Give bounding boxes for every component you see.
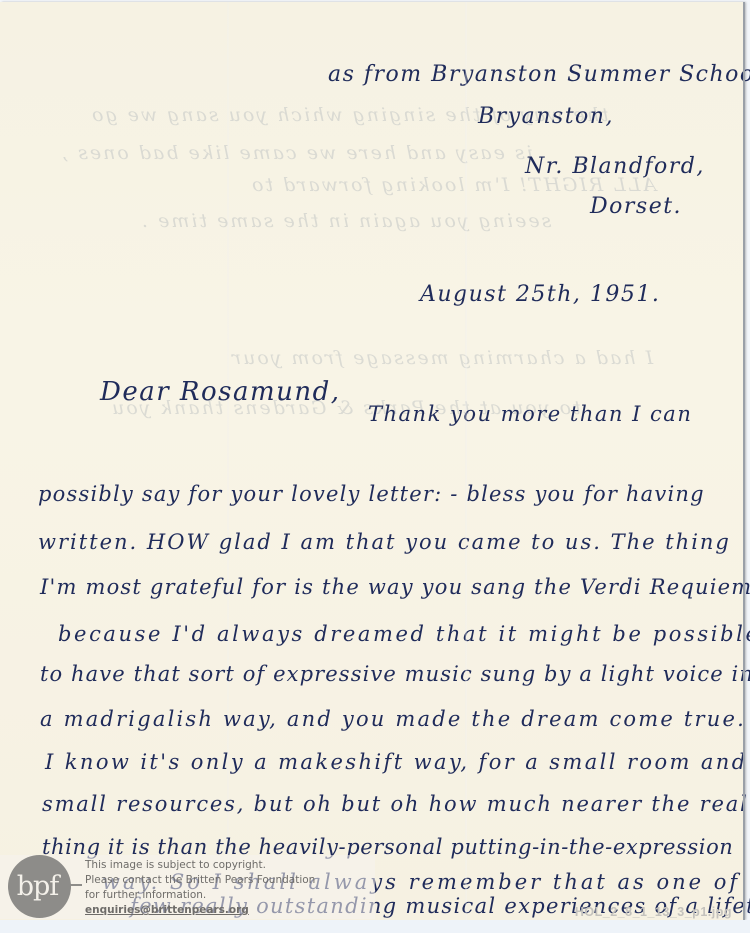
notice-line-3: for further information. xyxy=(85,888,315,903)
logo-dash xyxy=(70,884,82,886)
bleed-through-line: I had a charming message from your xyxy=(230,347,653,369)
address-line-4: Dorset. xyxy=(590,194,682,219)
body-line: because I'd always dreamed that it might… xyxy=(58,622,750,646)
body-line: Thank you more than I can xyxy=(368,402,692,426)
notice-line-1: This image is subject to copyright. xyxy=(85,858,315,873)
bpf-logo-text: bpf xyxy=(17,871,59,902)
letter-date: August 25th, 1951. xyxy=(420,282,660,307)
bottom-margin xyxy=(0,920,750,933)
bleed-through-line: seeing you again in the same time . xyxy=(140,210,551,232)
copyright-notice: This image is subject to copyright. Plea… xyxy=(85,858,315,918)
body-line: I know it's only a makeshift way, for a … xyxy=(45,750,748,774)
enquiries-email-link[interactable]: enquiries@brittenpears.org xyxy=(85,903,315,918)
body-line: a madrigalish way, and you made the drea… xyxy=(40,707,746,731)
image-filename: HOL_2_8_1_13_3_p1.jpg xyxy=(575,905,732,919)
bleed-through-line: is easy and here we came like bad ones , xyxy=(60,142,533,164)
letter-page: the way of the singing which you sang we… xyxy=(0,2,744,920)
body-line: small resources, but oh but oh how much … xyxy=(42,792,749,816)
notice-line-2: Please contact the Britten Pears Foundat… xyxy=(85,873,315,888)
body-line: I'm most grateful for is the way you san… xyxy=(40,575,750,599)
address-line-1: as from Bryanston Summer School of Music… xyxy=(328,62,750,87)
salutation: Dear Rosamund, xyxy=(100,377,341,407)
bpf-logo: bpf xyxy=(8,855,71,918)
address-line-2: Bryanston, xyxy=(478,104,614,129)
body-line: possibly say for your lovely letter: - b… xyxy=(38,482,705,506)
body-line: written. HOW glad I am that you came to … xyxy=(38,530,731,554)
body-line: to have that sort of expressive music su… xyxy=(40,662,750,686)
address-line-3: Nr. Blandford, xyxy=(525,154,705,179)
page-edge xyxy=(743,2,745,920)
